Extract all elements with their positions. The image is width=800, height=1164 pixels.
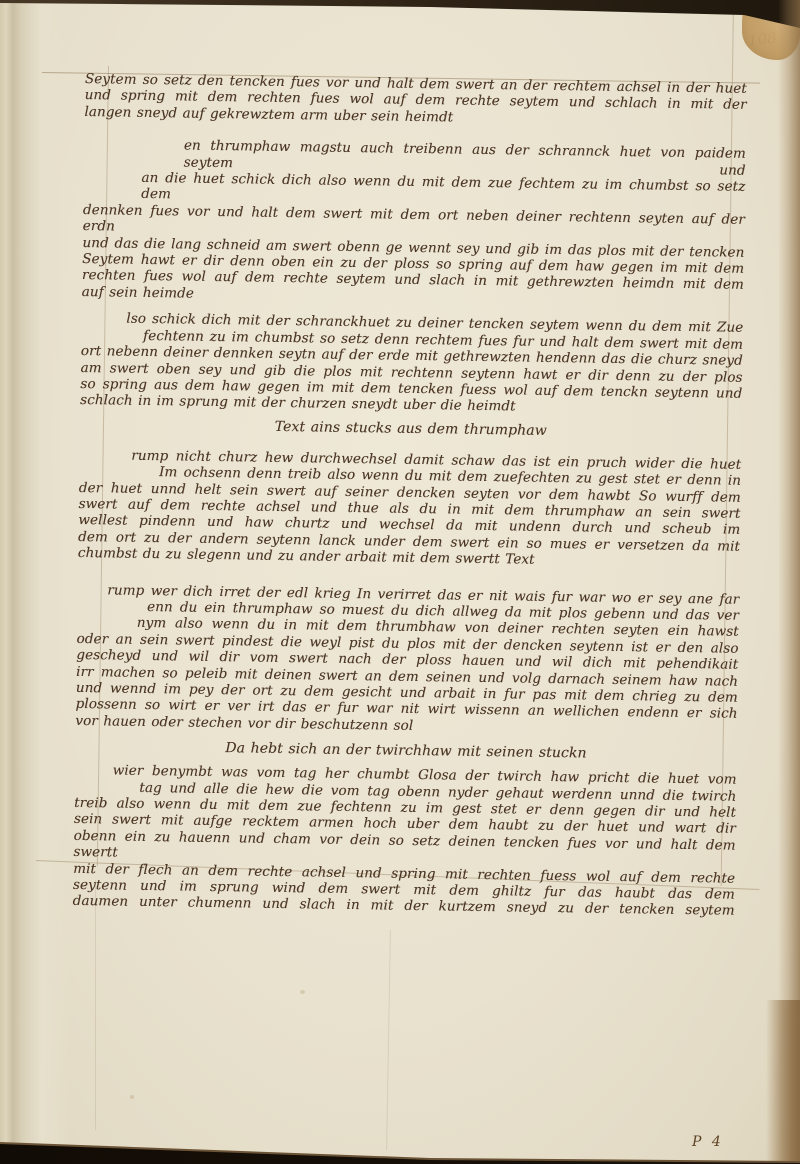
paragraph: lso schick dich mit der schranckhuet zu …	[80, 310, 743, 418]
foxing-spot	[300, 990, 305, 994]
paragraph: Seytem so setz den tencken fues vor und …	[84, 71, 747, 130]
binding-gutter-shadow	[0, 0, 70, 1164]
fore-edge-pages-bottom	[766, 1000, 800, 1164]
parchment-crease	[95, 880, 96, 1130]
foxing-spot	[130, 1095, 134, 1099]
paragraph: rump nicht churz hew durchwechsel damit …	[78, 447, 742, 572]
paragraph: wier benymbt was vom tag her chumbt Glos…	[73, 762, 737, 919]
text-block: Seytem so setz den tencken fues vor und …	[73, 71, 747, 920]
manuscript-scan: Seytem so setz den tencken fues vor und …	[0, 0, 800, 1164]
quire-signature: P 4	[692, 1134, 724, 1150]
section-heading-twirhaw: Da hebt sich an der twirchhaw mit seinen…	[75, 737, 737, 765]
paragraph: en thrumphaw magstu auch treibenn aus de…	[82, 136, 746, 310]
section-heading-thrumphaw: Text ains stucks aus dem thrumphaw	[80, 415, 742, 443]
paragraph: rump wer dich irret der edl krieg In ver…	[75, 582, 739, 739]
fore-edge-pages	[778, 0, 800, 1164]
